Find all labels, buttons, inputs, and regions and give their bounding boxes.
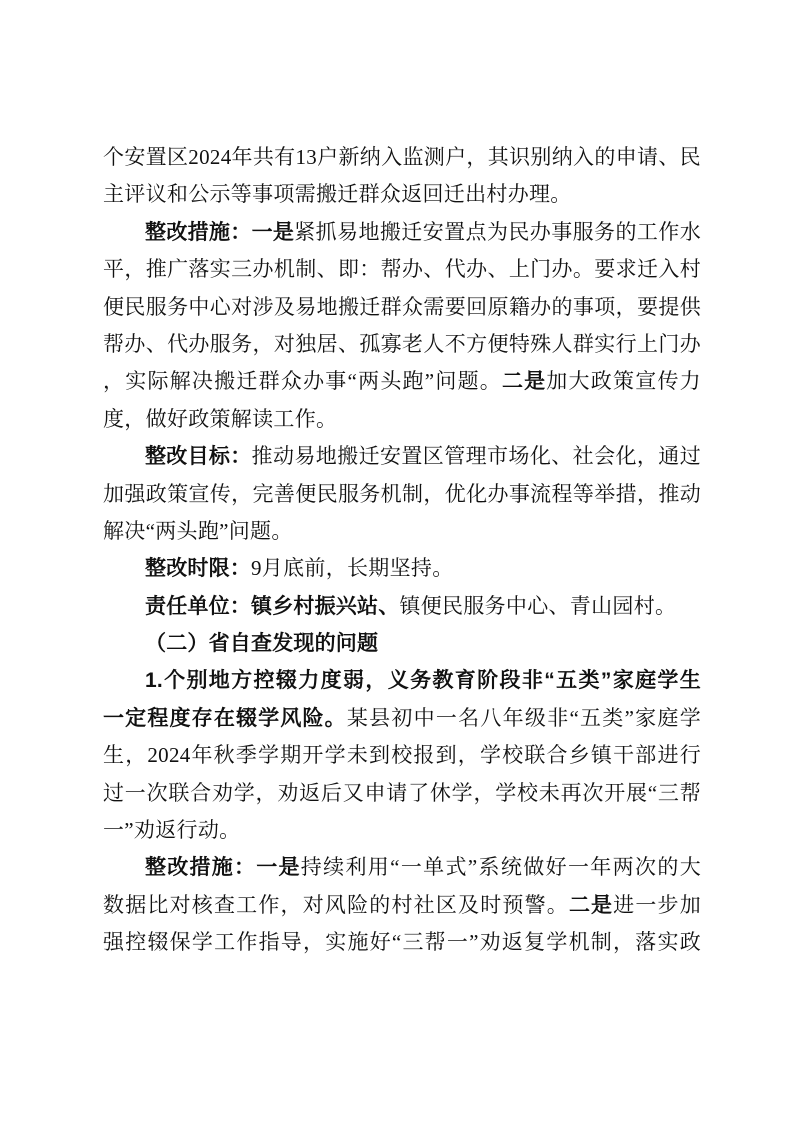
text-run: 过一次联合劝学，劝返后又申请了休学，学校未再次开展“三帮 — [103, 781, 701, 805]
text-line: 主评议和公示等事项需搬迁群众返回迁出村办理。 — [103, 176, 701, 213]
text-run: 帮办、代办服务，对独居、孤寡老人不方便特殊人群实行上门办 — [103, 332, 701, 356]
text-line: 加强政策宣传，完善便民服务机制，优化办事流程等举措，推动 — [103, 476, 701, 513]
bold-text-run: 整改措施：一是 — [145, 221, 294, 244]
document-text-area: 个安置区2024年共有13户新纳入监测户，其识别纳入的申请、民主评议和公示等事项… — [103, 139, 701, 962]
text-line: ，实际解决搬迁群众办事“两头跑”问题。二是加大政策宣传力 — [103, 363, 701, 400]
text-run: 持续利用“一单式”系统做好一年两次的大 — [301, 855, 701, 879]
text-run: 生，2024年秋季学期开学未到校报到，学校联合乡镇干部进行 — [103, 743, 701, 767]
text-line: 过一次联合劝学，劝返后又申请了休学，学校未再次开展“三帮 — [103, 775, 701, 812]
text-line: 强控辍保学工作指导，实施好“三帮一”劝返复学机制，落实政 — [103, 924, 701, 961]
bold-text-run: 二是 — [502, 370, 546, 393]
bold-text-run: 责任单位：镇乡村振兴站、 — [145, 595, 399, 618]
bold-text-run: 整改措施：一是 — [145, 856, 301, 879]
text-line: 整改措施：一是持续利用“一单式”系统做好一年两次的大 — [103, 849, 701, 886]
bold-text-run: 一定程度存在辍学风险。 — [103, 707, 347, 730]
text-run: 某县初中一名八年级非“五类”家庭学 — [347, 706, 701, 730]
text-run: 个安置区2024年共有13户新纳入监测户，其识别纳入的申请、民 — [103, 145, 701, 169]
text-run: 推动易地搬迁安置区管理市场化、社会化，通过 — [252, 444, 701, 468]
text-run: 加强政策宣传，完善便民服务机制，优化办事流程等举措，推动 — [103, 482, 701, 506]
document-page: 个安置区2024年共有13户新纳入监测户，其识别纳入的申请、民主评议和公示等事项… — [0, 0, 793, 1122]
text-line: 帮办、代办服务，对独居、孤寡老人不方便特殊人群实行上门办 — [103, 326, 701, 363]
bold-text-run: 二是 — [569, 894, 613, 917]
text-line: 个安置区2024年共有13户新纳入监测户，其识别纳入的申请、民 — [103, 139, 701, 176]
text-run: 强控辍保学工作指导，实施好“三帮一”劝返复学机制，落实政 — [103, 930, 701, 954]
text-line: 整改时限：9月底前，长期坚持。 — [103, 550, 701, 587]
text-line: 便民服务中心对涉及易地搬迁群众需要回原籍办的事项，要提供 — [103, 289, 701, 326]
text-run: 一”劝返行动。 — [103, 818, 240, 842]
text-line: 整改措施：一是紧抓易地搬迁安置点为民办事服务的工作水 — [103, 214, 701, 251]
text-line: 平，推广落实三办机制、即：帮办、代办、上门办。要求迁入村 — [103, 251, 701, 288]
text-run: 平，推广落实三办机制、即：帮办、代办、上门办。要求迁入村 — [103, 257, 701, 281]
text-run: ，实际解决搬迁群众办事“两头跑”问题。 — [103, 369, 502, 393]
text-line: 1.个别地方控辍力度弱，义务教育阶段非“五类”家庭学生 — [103, 662, 701, 699]
text-line: （二）省自查发现的问题 — [103, 625, 701, 662]
text-run: 镇便民服务中心、青山园村。 — [399, 594, 676, 618]
text-line: 数据比对核查工作，对风险的村社区及时预警。二是进一步加 — [103, 887, 701, 924]
text-line: 生，2024年秋季学期开学未到校报到，学校联合乡镇干部进行 — [103, 737, 701, 774]
text-run: 9月底前，长期坚持。 — [251, 556, 454, 580]
text-run: 度，做好政策解读工作。 — [103, 407, 337, 431]
text-run: 主评议和公示等事项需搬迁群众返回迁出村办理。 — [103, 182, 572, 206]
text-line: 度，做好政策解读工作。 — [103, 401, 701, 438]
text-run: 紧抓易地搬迁安置点为民办事服务的工作水 — [294, 220, 701, 244]
text-run: 数据比对核查工作，对风险的村社区及时预警。 — [103, 893, 569, 917]
text-line: 一定程度存在辍学风险。某县初中一名八年级非“五类”家庭学 — [103, 700, 701, 737]
text-line: 整改目标：推动易地搬迁安置区管理市场化、社会化，通过 — [103, 438, 701, 475]
text-run: 进一步加 — [613, 893, 701, 917]
bold-text-run: （二）省自查发现的问题 — [145, 632, 378, 655]
bold-text-run: 整改目标： — [145, 445, 252, 468]
text-run: 便民服务中心对涉及易地搬迁群众需要回原籍办的事项，要提供 — [103, 295, 701, 319]
bold-text-run: 1.个别地方控辍力度弱，义务教育阶段非“五类”家庭学生 — [145, 669, 701, 692]
text-run: 加大政策宣传力 — [546, 369, 701, 393]
text-run: 解决“两头跑”问题。 — [103, 519, 293, 543]
text-line: 解决“两头跑”问题。 — [103, 513, 701, 550]
text-line: 一”劝返行动。 — [103, 812, 701, 849]
bold-text-run: 整改时限： — [145, 557, 251, 580]
text-line: 责任单位：镇乡村振兴站、镇便民服务中心、青山园村。 — [103, 588, 701, 625]
